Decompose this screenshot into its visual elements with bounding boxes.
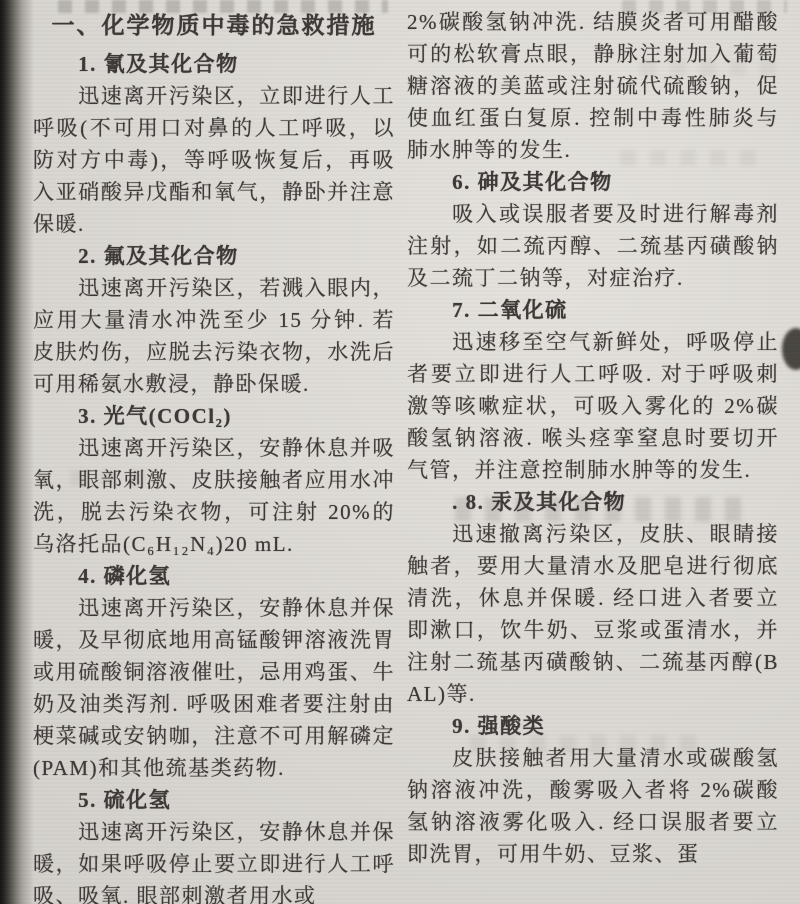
section-6-heading: 6. 砷及其化合物 <box>407 166 779 198</box>
section-5-body: 迅速离开污染区，安静休息并保暖，如果呼吸停止要立即进行人工呼吸、吸氧. 眼部刺激… <box>33 816 395 904</box>
column-left: 一、化学物质中毒的急救措施 1. 氰及其化合物 迅速离开污染区，立即进行人工呼吸… <box>33 6 395 904</box>
section-4-heading: 4. 磷化氢 <box>33 560 395 592</box>
section-7-heading: 7. 二氧化硫 <box>407 294 779 326</box>
section-1-body: 迅速离开污染区，立即进行人工呼吸(不可用口对鼻的人工呼吸，以防对方中毒)，等呼吸… <box>33 80 395 240</box>
section-2-body: 迅速离开污染区，若溅入眼内，应用大量清水冲洗至少 15 分钟. 若皮肤灼伤，应脱… <box>33 272 395 400</box>
scan-blob-right-edge <box>782 328 800 370</box>
section-8-body: 迅速撤离污染区，皮肤、眼睛接触者，要用大量清水及肥皂进行彻底清洗，休息并保暖. … <box>407 518 779 710</box>
section-5-heading: 5. 硫化氢 <box>33 784 395 816</box>
book-binding-shadow <box>0 0 34 904</box>
section-2-heading: 2. 氟及其化合物 <box>33 240 395 272</box>
section-3-body: 迅速离开污染区，安静休息并吸氧，眼部刺激、皮肤接触者应用水冲洗，脱去污染衣物，可… <box>33 432 395 560</box>
scanned-book-page: 一、化学物质中毒的急救措施 1. 氰及其化合物 迅速离开污染区，立即进行人工呼吸… <box>0 0 800 904</box>
section-5-body-continuation: 2%碳酸氢钠冲洗. 结膜炎者可用醋酸可的松软膏点眼，静脉注射加入葡萄糖溶液的美蓝… <box>407 6 779 166</box>
section-3-heading: 3. 光气(COCl₂) <box>33 400 395 432</box>
section-8-heading: . 8. 汞及其化合物 <box>407 486 779 518</box>
section-9-heading: 9. 强酸类 <box>407 710 779 742</box>
section-9-body: 皮肤接触者用大量清水或碳酸氢钠溶液冲洗，酸雾吸入者将 2%碳酸氢钠溶液雾化吸入.… <box>407 742 779 870</box>
page-title: 一、化学物质中毒的急救措施 <box>33 6 395 45</box>
section-1-heading: 1. 氰及其化合物 <box>33 48 395 80</box>
column-right: 2%碳酸氢钠冲洗. 结膜炎者可用醋酸可的松软膏点眼，静脉注射加入葡萄糖溶液的美蓝… <box>407 6 779 870</box>
section-6-body: 吸入或误服者要及时进行解毒剂注射，如二巯丙醇、二巯基丙磺酸钠及二巯丁二钠等，对症… <box>407 198 779 294</box>
section-7-body: 迅速移至空气新鲜处，呼吸停止者要立即进行人工呼吸. 对于呼吸刺激等咳嗽症状，可吸… <box>407 326 779 486</box>
section-4-body: 迅速离开污染区，安静休息并保暖，及早彻底地用高锰酸钾溶液洗胃或用硫酸铜溶液催吐，… <box>33 592 395 784</box>
